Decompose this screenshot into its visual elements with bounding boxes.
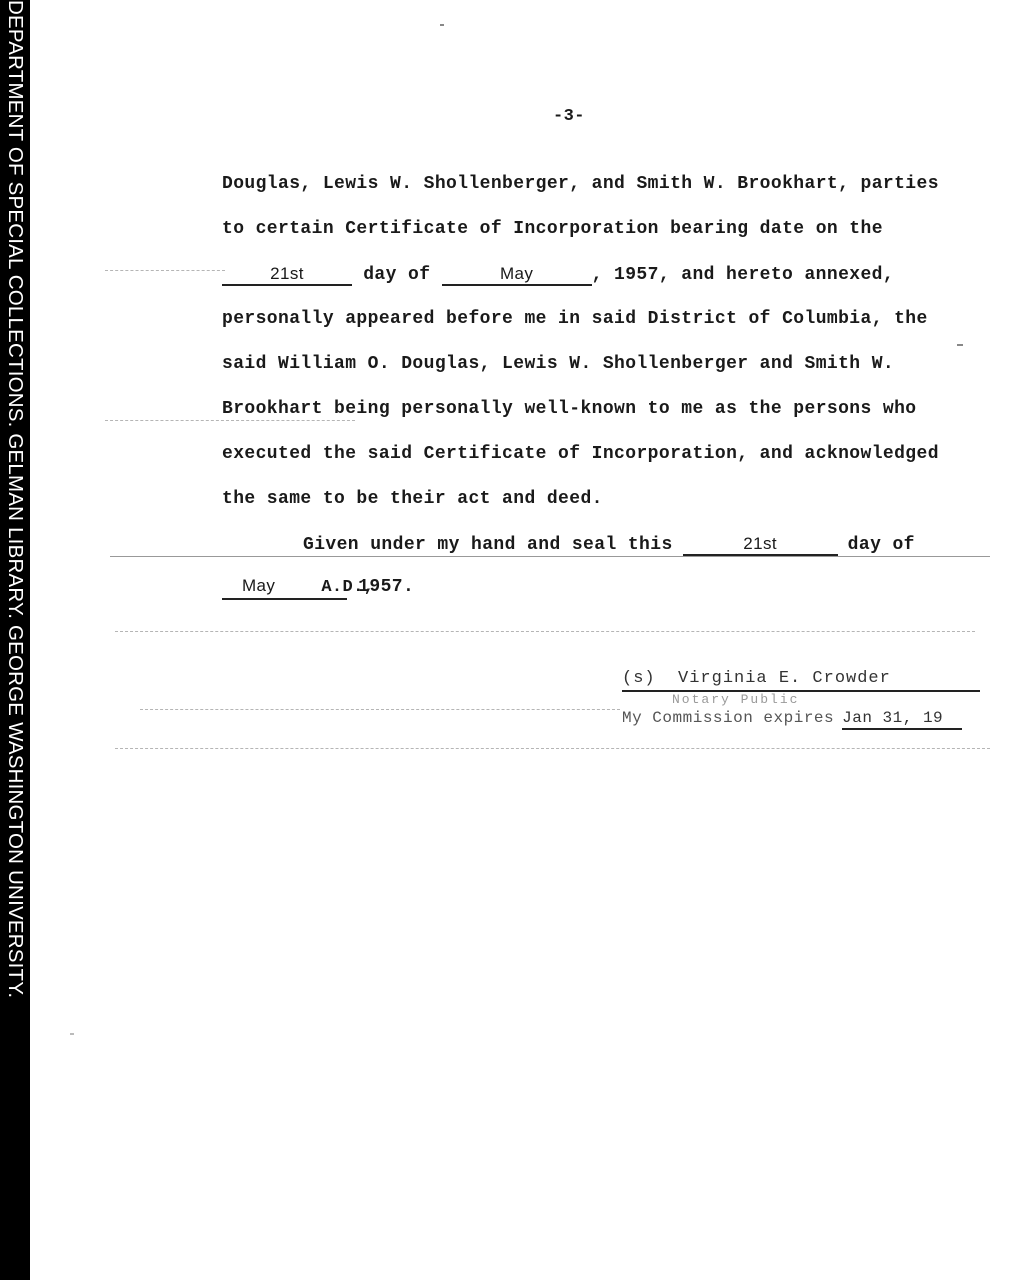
signature-block: (s) Virginia E. Crowder Notary Public My…	[622, 668, 980, 730]
scan-speck	[70, 1033, 74, 1035]
body-line-3: personally appeared before me in said Di…	[222, 309, 928, 329]
scan-artifact-rule	[105, 420, 355, 421]
scan-artifact-rule	[115, 748, 990, 749]
scan-speck	[957, 344, 963, 346]
given-day-field: 21st	[683, 534, 838, 556]
date-day-suffix: day of	[352, 265, 442, 285]
closing-line: MayA.D., 1957.	[222, 576, 414, 600]
body-line-2: to certain Certificate of Incorporation …	[222, 219, 883, 239]
given-suffix: day of	[848, 535, 915, 555]
given-prefix: Given under my hand and seal this	[303, 535, 673, 555]
body-line-5: Brookhart being personally well-known to…	[222, 399, 917, 419]
date-month-field: May	[442, 264, 592, 286]
commission-line: My Commission expiresJan 31, 19	[622, 708, 980, 730]
scan-speck	[440, 24, 444, 26]
closing-year: 1957.	[347, 577, 414, 597]
date-day-field: 21st	[222, 264, 352, 286]
archive-watermark-strip: DEPARTMENT OF SPECIAL COLLECTIONS. GELMA…	[0, 0, 30, 1280]
date-line-rest: , 1957, and hereto annexed,	[592, 265, 894, 285]
scan-artifact-rule	[140, 709, 620, 710]
closing-month: May	[242, 576, 275, 595]
scan-artifact-rule	[115, 631, 975, 632]
given-line: Given under my hand and seal this21stday…	[303, 534, 915, 556]
commission-date: Jan 31, 19	[842, 708, 962, 730]
archive-watermark-text: DEPARTMENT OF SPECIAL COLLECTIONS. GELMA…	[5, 0, 25, 1080]
signature-line: (s) Virginia E. Crowder	[622, 668, 980, 692]
scan-artifact-rule	[105, 270, 225, 271]
commission-label: My Commission expires	[622, 709, 834, 727]
body-line-7: the same to be their act and deed.	[222, 489, 603, 509]
document-page: DEPARTMENT OF SPECIAL COLLECTIONS. GELMA…	[0, 0, 1017, 1280]
scan-artifact-rule	[110, 556, 990, 557]
body-line-6: executed the said Certificate of Incorpo…	[222, 444, 939, 464]
page-number: -3-	[553, 107, 585, 126]
date-line: 21st day of May, 1957, and hereto annexe…	[222, 264, 894, 286]
closing-month-field: MayA.D.,	[222, 576, 347, 600]
body-line-4: said William O. Douglas, Lewis W. Sholle…	[222, 354, 894, 374]
body-line-1: Douglas, Lewis W. Shollenberger, and Smi…	[222, 174, 939, 194]
notary-title: Notary Public	[672, 692, 980, 708]
